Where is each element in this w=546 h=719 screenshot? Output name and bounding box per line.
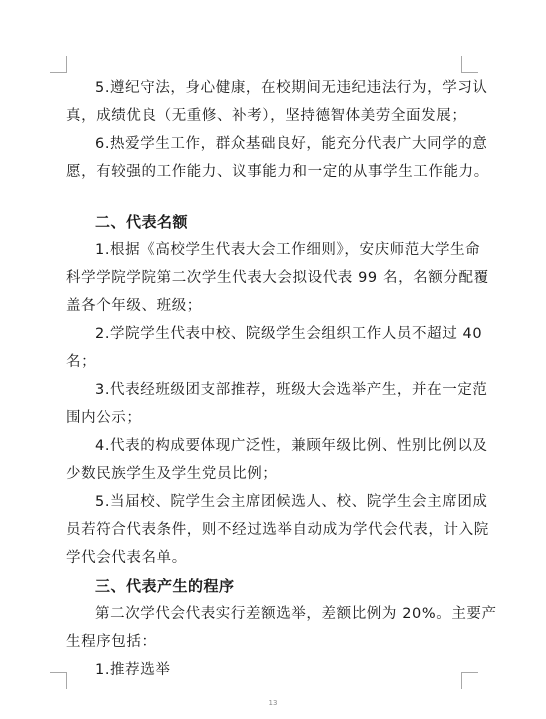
margin-corner-bottom-left [50, 672, 67, 689]
paragraph-line: 4.代表的构成要体现广泛性，兼顾年级比例、性别比例以及 [95, 436, 461, 456]
margin-corner-top-left [50, 56, 67, 73]
paragraph-line: 围内公示； [66, 408, 142, 428]
paragraph-line: 愿，有较强的工作能力、议事能力和一定的从事学生工作能力。 [66, 162, 461, 182]
paragraph-line: 少数民族学生及学生党员比例； [66, 464, 277, 484]
paragraph-line: 1.推荐选举 [95, 660, 170, 680]
section-heading: 二、代表名额 [95, 212, 188, 232]
paragraph-line: 6.热爱学生工作，群众基础良好，能充分代表广大同学的意 [95, 134, 461, 154]
page-number: 13 [0, 699, 546, 707]
paragraph-line: 科学学院学院第二次学生代表大会拟设代表 99 名，名额分配覆 [66, 268, 461, 288]
paragraph-line: 2.学院学生代表中校、院级学生会组织工作人员不超过 40 [95, 324, 461, 344]
paragraph-line: 名； [66, 352, 96, 372]
margin-corner-bottom-right [461, 672, 478, 689]
paragraph-line: 5.当届校、院学生会主席团候选人、校、院学生会主席团成 [95, 492, 461, 512]
paragraph-line: 5.遵纪守法，身心健康，在校期间无违纪违法行为，学习认 [95, 78, 461, 98]
paragraph-line: 第二次学代会代表实行差额选举，差额比例为 20%。主要产 [95, 604, 461, 624]
paragraph-line: 学代会代表名单。 [66, 548, 187, 568]
section-heading: 三、代表产生的程序 [95, 576, 235, 596]
margin-corner-top-right [461, 56, 478, 73]
paragraph-line: 生程序包括： [66, 632, 157, 652]
paragraph-line: 1.根据《高校学生代表大会工作细则》，安庆师范大学生命 [95, 240, 461, 260]
paragraph-line: 盖各个年级、班级； [66, 296, 202, 316]
paragraph-line: 员若符合代表条件，则不经过选举自动成为学代会代表，计入院 [66, 520, 461, 540]
paragraph-line: 3.代表经班级团支部推荐，班级大会选举产生，并在一定范 [95, 380, 461, 400]
paragraph-line: 真，成绩优良（无重修、补考），坚持德智体美劳全面发展； [66, 106, 461, 126]
